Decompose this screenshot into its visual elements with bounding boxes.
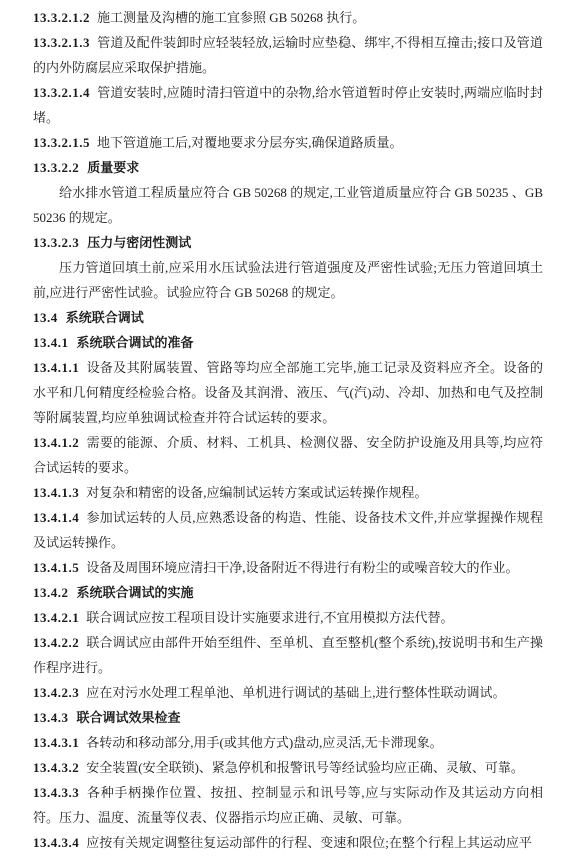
clause-number: 13.4.1.2: [33, 435, 79, 450]
clause-13-4-3-4: 13.4.3.4应按有关规定调整往复运动部件的行程、变速和限位;在整个行程上其运…: [33, 830, 543, 855]
clause-13-4-3-2: 13.4.3.2安全装置(安全联锁)、紧急停机和报警讯号等经试验均应正确、灵敏、…: [33, 755, 543, 780]
clause-text: 参加试运转的人员,应熟悉设备的构造、性能、设备技术文件,并应掌握操作规程及试运转…: [33, 510, 543, 550]
heading-title: 系统联合调试的准备: [77, 335, 194, 350]
clause-13-4-1-3: 13.4.1.3对复杂和精密的设备,应编制试运转方案或试运转操作规程。: [33, 480, 543, 505]
clause-number: 13.4.2.2: [33, 635, 79, 650]
clause-13-3-2-1-2: 13.3.2.1.2施工测量及沟槽的施工宜参照 GB 50268 执行。: [33, 5, 543, 30]
heading-number: 13.4: [33, 310, 58, 325]
clause-number: 13.4.3.4: [33, 835, 79, 850]
heading-title: 质量要求: [87, 160, 139, 175]
body-text: 给水排水管道工程质量应符合 GB 50268 的规定,工业管道质量应符合 GB …: [33, 185, 543, 225]
clause-13-4-2-1: 13.4.2.1联合调试应按工程项目设计实施要求进行,不宜用模拟方法代替。: [33, 605, 543, 630]
heading-13-4: 13.4系统联合调试: [33, 305, 543, 330]
clause-number: 13.4.1.4: [33, 510, 79, 525]
clause-number: 13.4.2.1: [33, 610, 79, 625]
clause-text: 管道及配件装卸时应轻装轻放,运输时应垫稳、绑牢,不得相互撞击;接口及管道的内外防…: [33, 35, 543, 75]
heading-number: 13.3.2.2: [33, 160, 79, 175]
heading-title: 联合调试效果检查: [77, 710, 181, 725]
body-text: 压力管道回填土前,应采用水压试验法进行管道强度及严密性试验;无压力管道回填土前,…: [33, 260, 543, 300]
clause-13-4-1-1: 13.4.1.1设备及其附属装置、管路等均应全部施工完毕,施工记录及资料应齐全。…: [33, 355, 543, 430]
clause-text: 联合调试应由部件开始至组件、至单机、直至整机(整个系统),按说明书和生产操作程序…: [33, 635, 543, 675]
clause-13-4-3-3: 13.4.3.3各种手柄操作位置、按扭、控制显示和讯号等,应与实际动作及其运动方…: [33, 780, 543, 830]
heading-13-4-3: 13.4.3联合调试效果检查: [33, 705, 543, 730]
heading-13-4-2: 13.4.2系统联合调试的实施: [33, 580, 543, 605]
clause-number: 13.4.1.5: [33, 560, 79, 575]
clause-text: 安全装置(安全联锁)、紧急停机和报警讯号等经试验均应正确、灵敏、可靠。: [86, 760, 524, 775]
clause-text: 施工测量及沟槽的施工宜参照 GB 50268 执行。: [97, 10, 365, 25]
clause-text: 应按有关规定调整往复运动部件的行程、变速和限位;在整个行程上其运动应平: [86, 835, 532, 850]
clause-13-4-1-5: 13.4.1.5设备及周围环境应清扫干净,设备附近不得进行有粉尘的或噪音较大的作…: [33, 555, 543, 580]
clause-number: 13.3.2.1.3: [33, 35, 90, 50]
clause-13-4-2-2: 13.4.2.2联合调试应由部件开始至组件、至单机、直至整机(整个系统),按说明…: [33, 630, 543, 680]
body-paragraph-quality: 给水排水管道工程质量应符合 GB 50268 的规定,工业管道质量应符合 GB …: [33, 180, 543, 230]
clause-number: 13.4.3.1: [33, 735, 79, 750]
body-paragraph-pressure-test: 压力管道回填土前,应采用水压试验法进行管道强度及严密性试验;无压力管道回填土前,…: [33, 255, 543, 305]
clause-number: 13.3.2.1.2: [33, 10, 90, 25]
heading-number: 13.4.1: [33, 335, 69, 350]
clause-text: 设备及其附属装置、管路等均应全部施工完毕,施工记录及资料应齐全。设备的水平和几何…: [33, 360, 543, 425]
clause-text: 应在对污水处理工程单池、单机进行调试的基础上,进行整体性联动调试。: [86, 685, 505, 700]
clause-number: 13.4.3.2: [33, 760, 79, 775]
clause-13-4-1-4: 13.4.1.4参加试运转的人员,应熟悉设备的构造、性能、设备技术文件,并应掌握…: [33, 505, 543, 555]
clause-13-4-3-1: 13.4.3.1各转动和移动部分,用手(或其他方式)盘动,应灵活,无卡滞现象。: [33, 730, 543, 755]
clause-number: 13.4.1.3: [33, 485, 79, 500]
clause-number: 13.3.2.1.5: [33, 135, 90, 150]
clause-text: 联合调试应按工程项目设计实施要求进行,不宜用模拟方法代替。: [86, 610, 453, 625]
clause-text: 地下管道施工后,对覆地要求分层夯实,确保道路质量。: [97, 135, 403, 150]
clause-text: 各转动和移动部分,用手(或其他方式)盘动,应灵活,无卡滞现象。: [86, 735, 442, 750]
heading-title: 系统联合调试的实施: [77, 585, 194, 600]
heading-number: 13.3.2.3: [33, 235, 79, 250]
clause-text: 设备及周围环境应清扫干净,设备附近不得进行有粉尘的或噪音较大的作业。: [86, 560, 518, 575]
clause-text: 对复杂和精密的设备,应编制试运转方案或试运转操作规程。: [86, 485, 427, 500]
heading-title: 压力与密闭性测试: [87, 235, 191, 250]
clause-text: 各种手柄操作位置、按扭、控制显示和讯号等,应与实际动作及其运动方向相符。压力、温…: [33, 785, 543, 825]
clause-number: 13.4.2.3: [33, 685, 79, 700]
clause-number: 13.4.3.3: [33, 785, 79, 800]
clause-text: 管道安装时,应随时清扫管道中的杂物,给水管道暂时停止安装时,两端应临时封堵。: [33, 85, 543, 125]
clause-number: 13.3.2.1.4: [33, 85, 90, 100]
heading-title: 系统联合调试: [66, 310, 144, 325]
document-page: 13.3.2.1.2施工测量及沟槽的施工宜参照 GB 50268 执行。 13.…: [0, 0, 576, 866]
clause-text: 需要的能源、介质、材料、工机具、检测仪器、安全防护设施及用具等,均应符合试运转的…: [33, 435, 543, 475]
heading-13-3-2-3: 13.3.2.3压力与密闭性测试: [33, 230, 543, 255]
heading-number: 13.4.3: [33, 710, 69, 725]
heading-number: 13.4.2: [33, 585, 69, 600]
clause-13-4-2-3: 13.4.2.3应在对污水处理工程单池、单机进行调试的基础上,进行整体性联动调试…: [33, 680, 543, 705]
clause-13-3-2-1-4: 13.3.2.1.4管道安装时,应随时清扫管道中的杂物,给水管道暂时停止安装时,…: [33, 80, 543, 130]
clause-13-3-2-1-5: 13.3.2.1.5地下管道施工后,对覆地要求分层夯实,确保道路质量。: [33, 130, 543, 155]
clause-13-4-1-2: 13.4.1.2需要的能源、介质、材料、工机具、检测仪器、安全防护设施及用具等,…: [33, 430, 543, 480]
clause-13-3-2-1-3: 13.3.2.1.3管道及配件装卸时应轻装轻放,运输时应垫稳、绑牢,不得相互撞击…: [33, 30, 543, 80]
heading-13-3-2-2: 13.3.2.2质量要求: [33, 155, 543, 180]
clause-number: 13.4.1.1: [33, 360, 79, 375]
heading-13-4-1: 13.4.1系统联合调试的准备: [33, 330, 543, 355]
